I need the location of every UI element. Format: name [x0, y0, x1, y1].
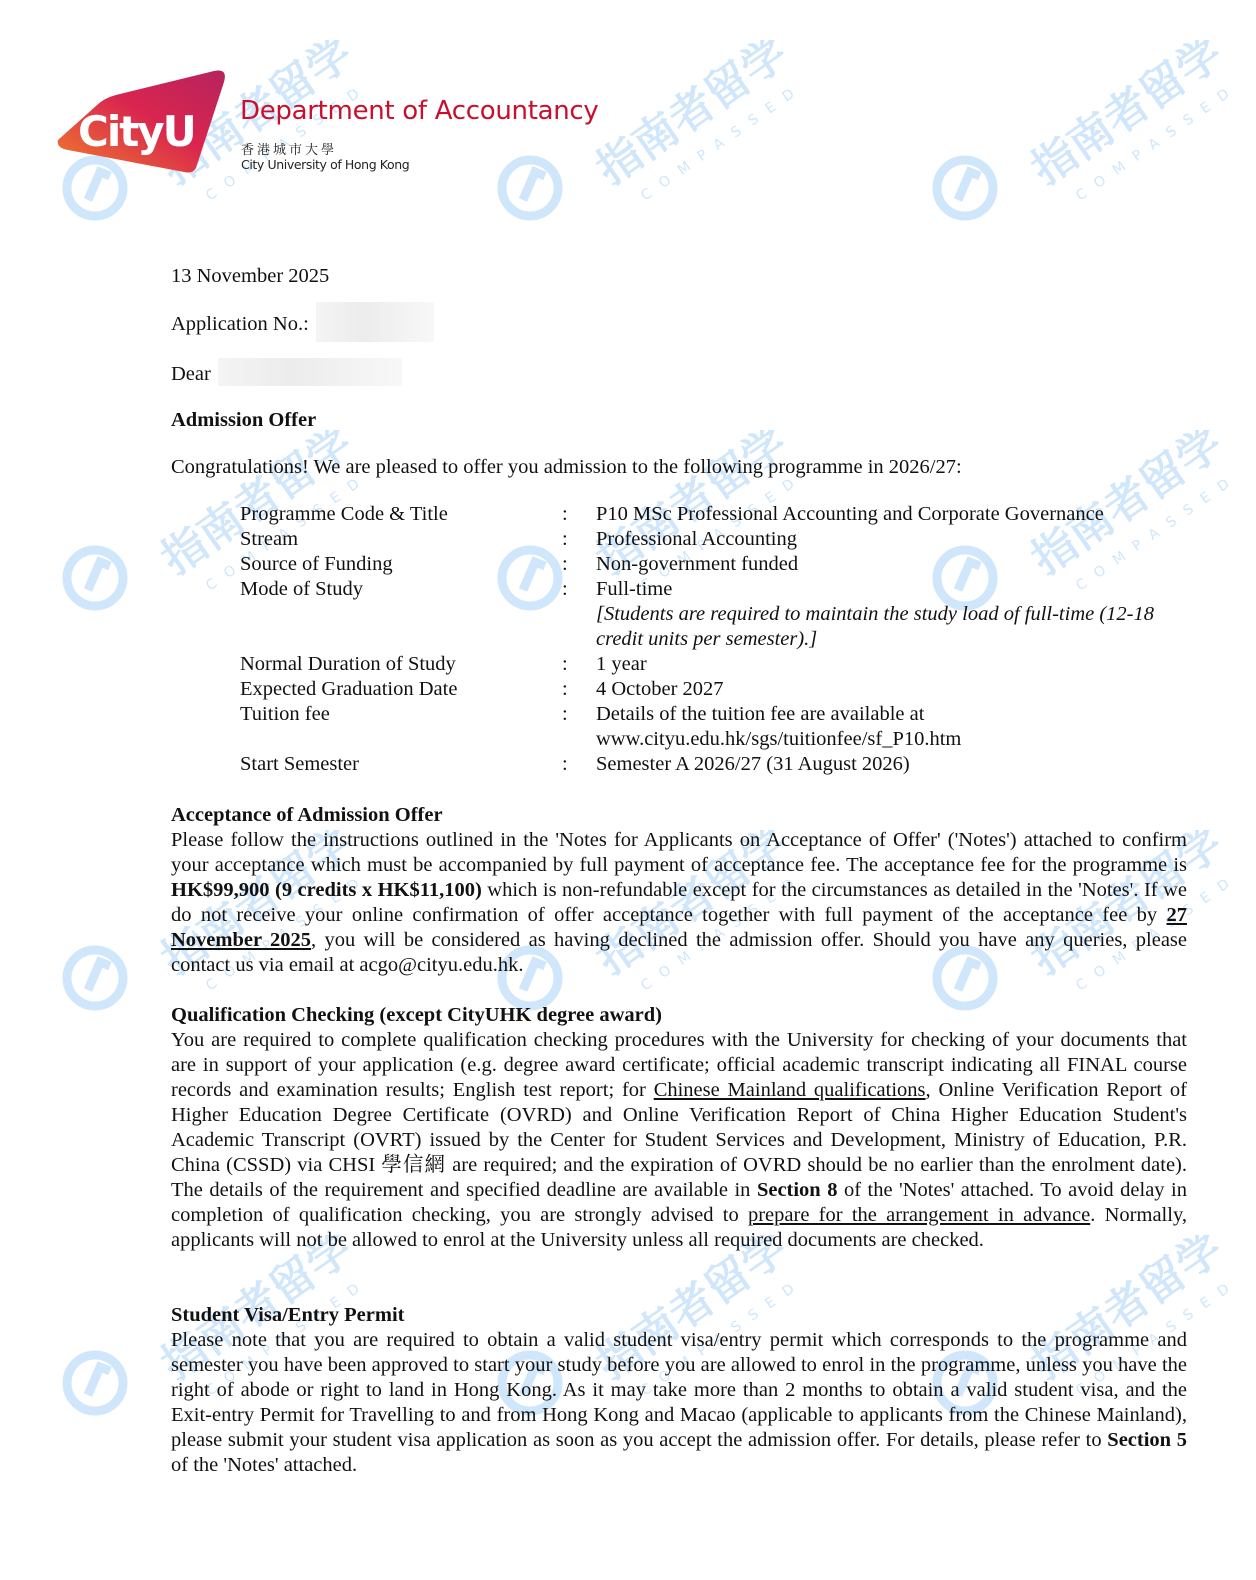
- detail-row: Source of Funding:Non-government funded: [240, 552, 1200, 577]
- programme-details: Programme Code & Title:P10 MSc Professio…: [240, 502, 1200, 777]
- detail-label: Stream: [240, 527, 562, 552]
- application-no-redacted: [316, 302, 434, 342]
- intro-text: Congratulations! We are pleased to offer…: [171, 455, 962, 480]
- qualification-heading: Qualification Checking (except CityUHK d…: [171, 1003, 1187, 1028]
- detail-value: Details of the tuition fee are available…: [596, 702, 1200, 752]
- detail-value: Professional Accounting: [596, 527, 1200, 552]
- detail-row: Expected Graduation Date:4 October 2027: [240, 677, 1200, 702]
- svg-text:指南者留学: 指南者留学: [1022, 40, 1230, 195]
- detail-row: Mode of Study:Full-time[Students are req…: [240, 577, 1200, 652]
- detail-label: Mode of Study: [240, 577, 562, 652]
- detail-value-text: 4 October 2027: [596, 677, 1200, 702]
- detail-value: Full-time[Students are required to maint…: [596, 577, 1200, 652]
- detail-value-text: Professional Accounting: [596, 527, 1200, 552]
- detail-value-text: Details of the tuition fee are available…: [596, 702, 1200, 727]
- detail-row: Programme Code & Title:P10 MSc Professio…: [240, 502, 1200, 527]
- recipient-redacted: [218, 358, 402, 386]
- detail-separator: :: [562, 652, 596, 677]
- detail-label: Tuition fee: [240, 702, 562, 752]
- letter-title: Admission Offer: [171, 408, 316, 433]
- acceptance-fee: HK$99,900 (9 credits x HK$11,100): [171, 879, 482, 901]
- detail-separator: :: [562, 677, 596, 702]
- detail-value-text: 1 year: [596, 652, 1200, 677]
- visa-section: Student Visa/Entry Permit Please note th…: [171, 1303, 1187, 1478]
- compassedu-watermark-icon: 指南者留学COMPASSEDU: [930, 40, 1230, 240]
- study-load-note: [Students are required to maintain the s…: [596, 602, 1200, 652]
- svg-text:COMPASSEDU: COMPASSEDU: [1073, 66, 1230, 204]
- detail-value-text: P10 MSc Professional Accounting and Corp…: [596, 502, 1200, 527]
- detail-value: Semester A 2026/27 (31 August 2026): [596, 752, 1200, 777]
- detail-label: Start Semester: [240, 752, 562, 777]
- detail-label: Source of Funding: [240, 552, 562, 577]
- university-name-chinese: 香港城市大學: [241, 139, 337, 158]
- prepare-arrangement-link[interactable]: prepare for the arrangement in advance: [748, 1204, 1090, 1226]
- detail-row: Tuition fee:Details of the tuition fee a…: [240, 702, 1200, 752]
- detail-separator: :: [562, 752, 596, 777]
- university-name-english: City University of Hong Kong: [241, 157, 409, 172]
- detail-value: 1 year: [596, 652, 1200, 677]
- visa-heading: Student Visa/Entry Permit: [171, 1303, 1187, 1328]
- salutation: Dear: [171, 362, 211, 387]
- detail-row: Stream:Professional Accounting: [240, 527, 1200, 552]
- acceptance-heading: Acceptance of Admission Offer: [171, 803, 1187, 828]
- detail-label: Expected Graduation Date: [240, 677, 562, 702]
- detail-row: Normal Duration of Study:1 year: [240, 652, 1200, 677]
- detail-separator: :: [562, 577, 596, 652]
- detail-label: Normal Duration of Study: [240, 652, 562, 677]
- section-8-ref: Section 8: [757, 1179, 838, 1201]
- acceptance-section: Acceptance of Admission Offer Please fol…: [171, 803, 1187, 978]
- tuition-fee-url: www.cityu.edu.hk/sgs/tuitionfee/sf_P10.h…: [596, 727, 1200, 752]
- detail-value-text: Full-time: [596, 577, 1200, 602]
- department-name: Department of Accountancy: [240, 96, 599, 126]
- cityu-logo: CityU: [56, 68, 231, 173]
- detail-value-text: Semester A 2026/27 (31 August 2026): [596, 752, 1200, 777]
- detail-value-text: Non-government funded: [596, 552, 1200, 577]
- letter-date: 13 November 2025: [171, 264, 329, 289]
- detail-separator: :: [562, 552, 596, 577]
- detail-row: Start Semester:Semester A 2026/27 (31 Au…: [240, 752, 1200, 777]
- compassedu-watermark-icon: 指南者留学COMPASSEDU: [495, 40, 795, 240]
- svg-text:CityU: CityU: [78, 107, 195, 156]
- detail-value: 4 October 2027: [596, 677, 1200, 702]
- section-5-ref: Section 5: [1107, 1429, 1187, 1451]
- svg-text:指南者留学: 指南者留学: [587, 40, 795, 195]
- svg-text:COMPASSEDU: COMPASSEDU: [638, 66, 795, 204]
- qualification-section: Qualification Checking (except CityUHK d…: [171, 1003, 1187, 1253]
- detail-separator: :: [562, 527, 596, 552]
- detail-separator: :: [562, 502, 596, 527]
- chinese-mainland-qualifications-link[interactable]: Chinese Mainland qualifications: [654, 1079, 926, 1101]
- application-no-label: Application No.:: [171, 312, 309, 337]
- detail-separator: :: [562, 702, 596, 752]
- detail-value: P10 MSc Professional Accounting and Corp…: [596, 502, 1200, 527]
- detail-value: Non-government funded: [596, 552, 1200, 577]
- detail-label: Programme Code & Title: [240, 502, 562, 527]
